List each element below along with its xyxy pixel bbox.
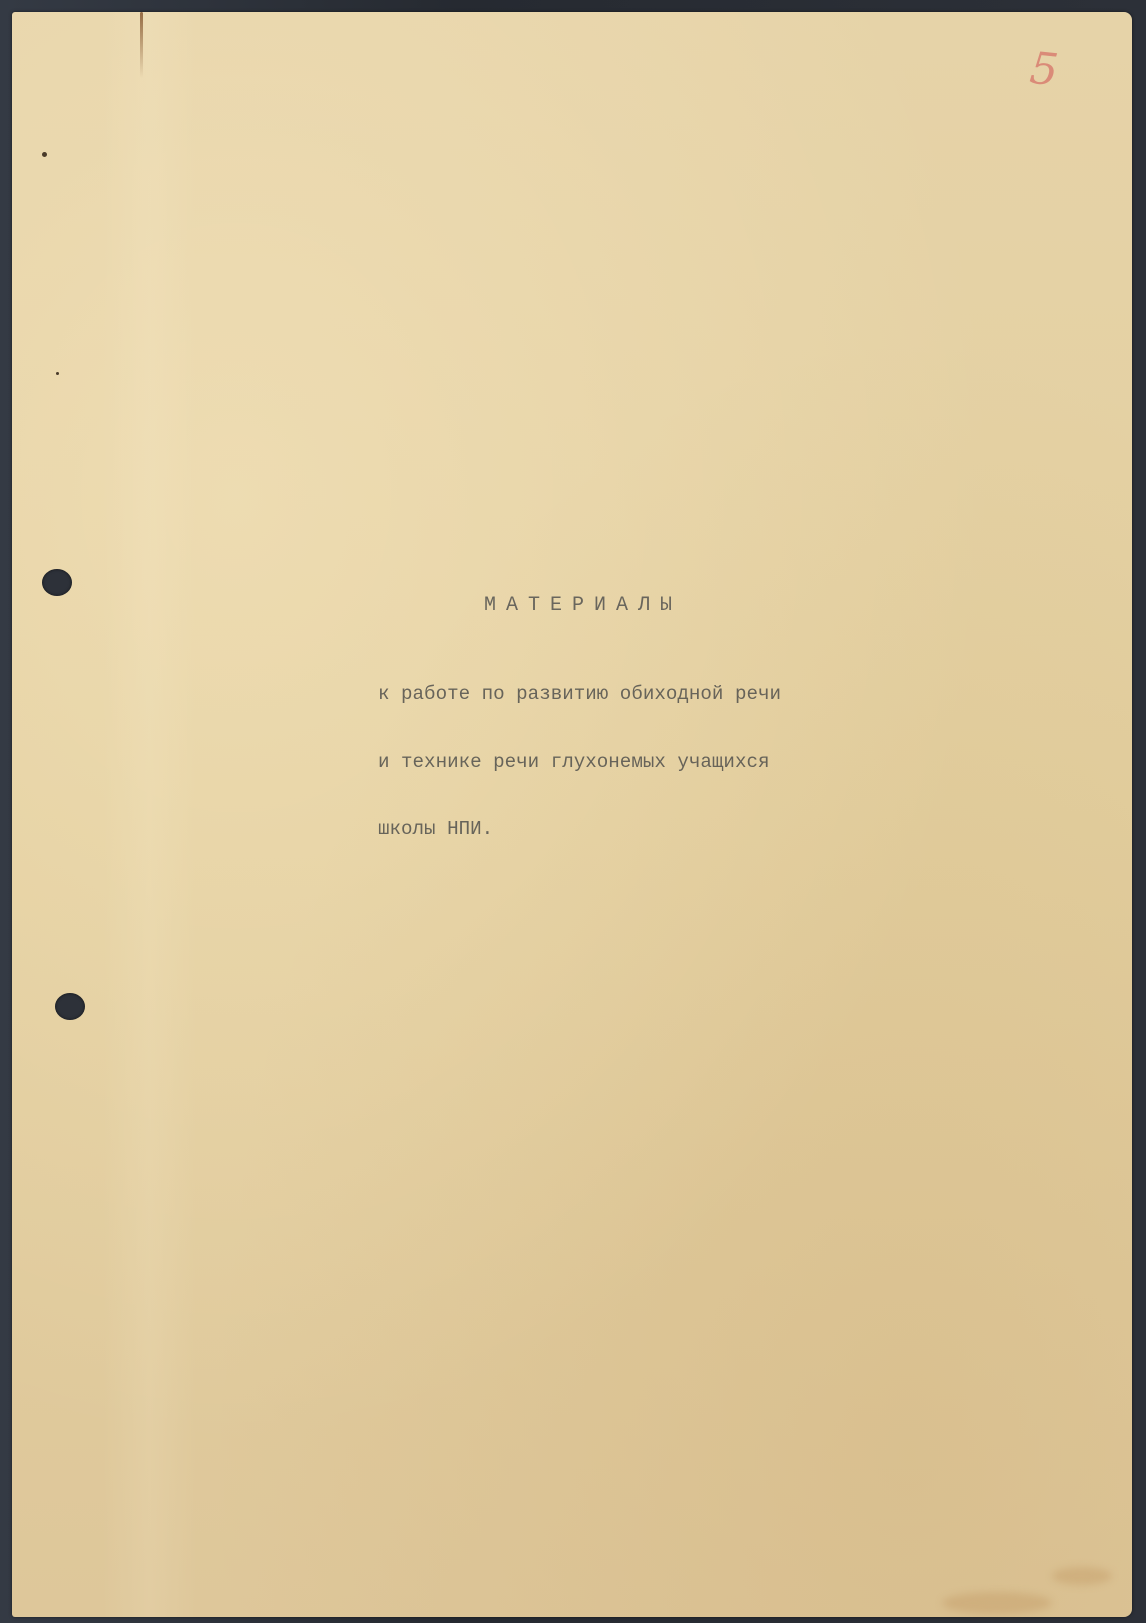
document-page: 5 МАТЕРИАЛЫ к работе по развитию обиходн… [12, 12, 1132, 1617]
age-stain [1052, 1567, 1112, 1585]
subtitle-line: к работе по развитию обиходной речи [378, 683, 781, 706]
paper-crease [140, 12, 143, 78]
paper-speck [56, 372, 59, 375]
document-subtitle: к работе по развитию обиходной речи и те… [378, 638, 781, 886]
subtitle-line: школы НПИ. [378, 818, 781, 841]
age-stain [942, 1592, 1052, 1614]
folio-number: 5 [1028, 47, 1060, 94]
punch-hole-icon [55, 993, 85, 1020]
document-title: МАТЕРИАЛЫ [484, 594, 682, 617]
punch-hole-icon [42, 569, 72, 596]
paper-speck [42, 152, 47, 157]
subtitle-line: и технике речи глухонемых учащихся [378, 751, 781, 774]
